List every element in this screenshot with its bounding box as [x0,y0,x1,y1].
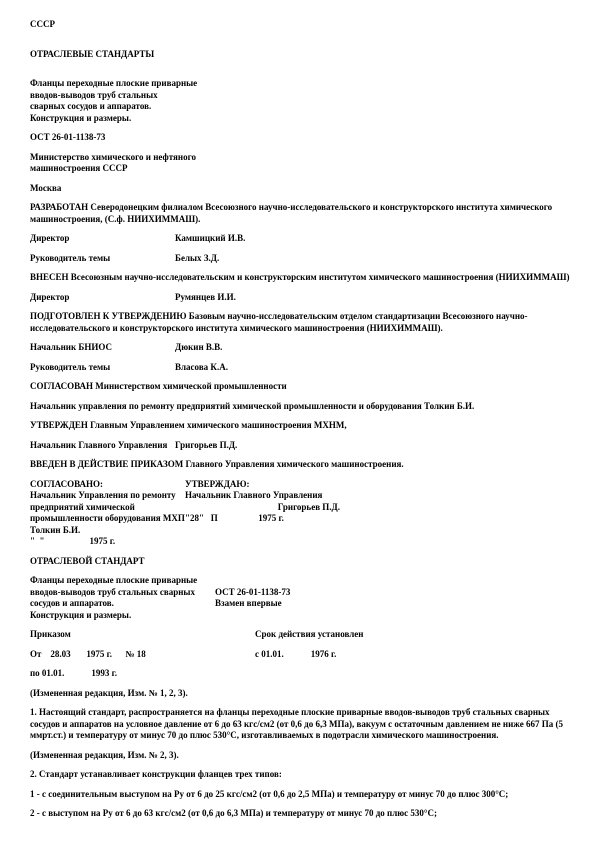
order-right-label: Срок действия установлен [255,629,363,641]
order-from-row: От 28.03 1975 г. № 18 с 01.01. 1976 г. [30,649,570,661]
signoff-line: Толкин Б.И. [30,525,185,537]
developed-paragraph: РАЗРАБОТАН Северодонецким филиалом Всесо… [30,202,570,225]
ost-heading: ОТРАСЛЕВОЙ СТАНДАРТ [30,556,570,568]
signoff-block: СОГЛАСОВАНО: Начальник Управления по рем… [30,479,570,548]
ost-title-line: Фланцы переходные плоские приварные [30,575,215,587]
role-label: Руководитель темы [30,253,175,265]
clause-paragraph: 2. Стандарт устанавливает конструкции фл… [30,769,570,781]
ost-title-line: сосудов и аппаратов. [30,598,215,610]
order-term-line: с 01.01. 1976 г. [255,649,336,661]
ost-replaces: Взамен впервые [215,598,290,610]
prepared-paragraph: ПОДГОТОВЛЕН К УТВЕРЖДЕНИЮ Базовым научно… [30,311,570,334]
role-row: Руководитель темы Власова К.А. [30,362,570,374]
ost-title-block: Фланцы переходные плоские приварные ввод… [30,575,570,621]
amendment-note: (Измененная редакция, Изм. № 2, 3). [30,750,570,762]
order-header-row: Приказом Срок действия установлен [30,629,570,641]
role-label: Директор [30,233,175,245]
order-left-label: Приказом [30,629,255,641]
ost-title-right: ОСТ 26-01-1138-73 Взамен впервые [215,575,290,621]
role-name: Камшицкий И.В. [175,233,245,245]
enacted-paragraph: ВВЕДЕН В ДЕЙСТВИЕ ПРИКАЗОМ Главного Упра… [30,459,570,471]
agreed-paragraph: СОГЛАСОВАН Министерством химической пром… [30,381,570,393]
ministry-block: Министерство химического и нефтяного маш… [30,152,570,175]
standard-number: ОСТ 26-01-1138-73 [30,132,570,144]
signoff-left-column: СОГЛАСОВАНО: Начальник Управления по рем… [30,479,185,548]
signoff-line: Начальник Управления по ремонту [30,490,185,502]
signoff-right-date: "28" П 1975 г. [185,513,360,525]
title-line: сварных сосудов и аппаратов. [30,101,570,113]
role-name: Белых З.Д. [175,253,219,265]
ministry-line: машиностроения СССР [30,163,570,175]
ministry-line: Министерство химического и нефтяного [30,152,570,164]
ost-title-line: вводов-выводов труб стальных сварных [30,587,215,599]
city-label: Москва [30,183,570,195]
signoff-left-date: " " 1975 г. [30,536,185,548]
signoff-right-column: УТВЕРЖДАЮ: Начальник Главного Управления… [185,479,360,548]
role-name: Дюкин В.В. [175,342,222,354]
signoff-right-heading: УТВЕРЖДАЮ: [185,479,360,491]
title-line: вводов-выводов труб стальных [30,90,570,102]
title-line: Конструкция и размеры. [30,113,570,125]
role-row: Начальник БНИОС Дюкин В.В. [30,342,570,354]
order-to-line: по 01.01. 1993 г. [30,668,570,680]
role-label: Начальник Главного Управления [30,440,175,452]
clause-paragraph: 1. Настоящий стандарт, распространяется … [30,707,570,742]
role-label: Директор [30,292,175,304]
ost-number: ОСТ 26-01-1138-73 [215,587,290,599]
role-label: Руководитель темы [30,362,175,374]
document-page: СССР ОТРАСЛЕВЫЕ СТАНДАРТЫ Фланцы переход… [0,0,595,842]
ost-title-line: Конструкция и размеры. [30,610,215,622]
role-name: Власова К.А. [175,362,228,374]
role-row: Директор Камшицкий И.В. [30,233,570,245]
approver-name: Григорьев П.Д. [185,502,360,514]
amendment-note: (Измененная редакция, Изм. № 1, 2, 3). [30,688,570,700]
flange-type-line: 2 - с выступом на Ру от 6 до 63 кгс/см2 … [30,808,570,820]
approved-paragraph: УТВЕРЖДЕН Главным Управлением химическог… [30,420,570,432]
role-row: Руководитель темы Белых З.Д. [30,253,570,265]
role-row: Начальник Главного Управления Григорьев … [30,440,570,452]
flange-type-line: 1 - с соединительным выступом на Ру от 6… [30,789,570,801]
title-block: Фланцы переходные плоские приварные ввод… [30,78,570,124]
submitted-paragraph: ВНЕСЕН Всесоюзным научно-исследовательск… [30,272,570,284]
signoff-line: Начальник Главного Управления [185,490,360,502]
role-name: Румянцев И.И. [175,292,236,304]
order-from-line: От 28.03 1975 г. № 18 [30,649,255,661]
country-label: СССР [30,19,570,31]
title-line: Фланцы переходные плоские приварные [30,78,570,90]
role-row: Директор Румянцев И.И. [30,292,570,304]
series-heading: ОТРАСЛЕВЫЕ СТАНДАРТЫ [30,49,570,61]
ost-title-left: Фланцы переходные плоские приварные ввод… [30,575,215,621]
signoff-line: промышленности оборудования МХП [30,513,185,525]
role-name: Григорьев П.Д. [175,440,237,452]
agreed-officer-paragraph: Начальник управления по ремонту предприя… [30,401,570,413]
signoff-left-heading: СОГЛАСОВАНО: [30,479,185,491]
role-label: Начальник БНИОС [30,342,175,354]
signoff-line: предприятий химической [30,502,185,514]
